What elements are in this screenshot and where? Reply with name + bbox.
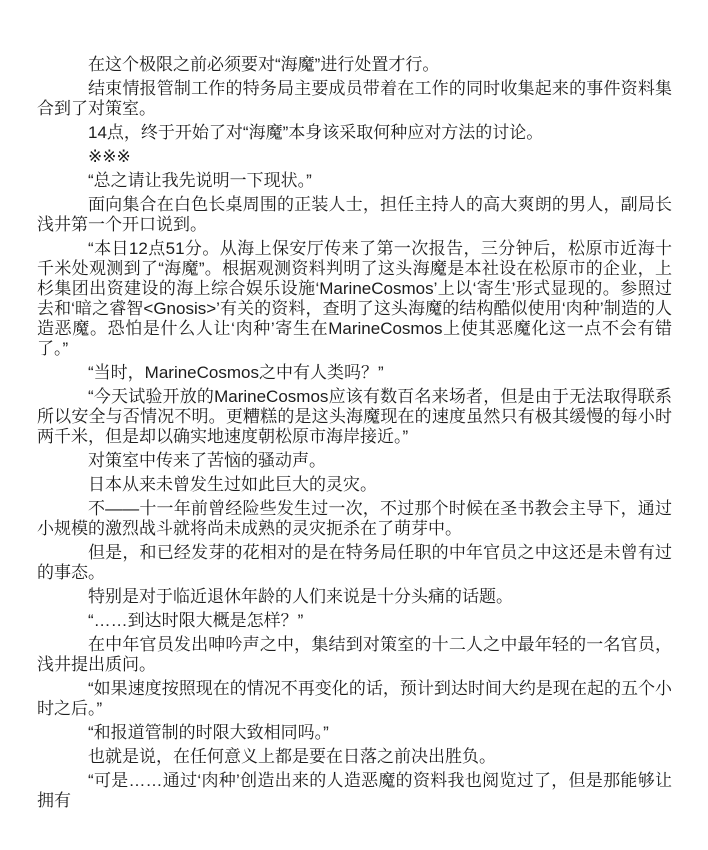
- paragraph: 也就是说，在任何意义上都是要在日落之前决出胜负。: [37, 747, 672, 767]
- paragraph: 但是，和已经发芽的花相对的是在特务局任职的中年官员之中这还是未曾有过的事态。: [37, 543, 672, 583]
- paragraph: 面向集合在白色长桌周围的正装人士，担任主持人的高大爽朗的男人，副局长浅井第一个开…: [37, 195, 672, 235]
- paragraph: 日本从来未曾发生过如此巨大的灵灾。: [37, 475, 672, 495]
- paragraph: “和报道管制的时限大致相同吗。”: [37, 723, 672, 743]
- paragraph: “今天试验开放的MarineCosmos应该有数百名来场者，但是由于无法取得联系…: [37, 387, 672, 447]
- paragraph: 特别是对于临近退休年龄的人们来说是十分头痛的话题。: [37, 587, 672, 607]
- document-page: 在这个极限之前必须要对“海魔”进行处置才行。结束情报管制工作的特务局主要成员带着…: [0, 0, 708, 850]
- paragraph: “……到达时限大概是怎样？”: [37, 611, 672, 631]
- text-body: 在这个极限之前必须要对“海魔”进行处置才行。结束情报管制工作的特务局主要成员带着…: [37, 55, 672, 811]
- paragraph: “总之请让我先说明一下现状。”: [37, 171, 672, 191]
- paragraph: 在中年官员发出呻吟声之中，集结到对策室的十二人之中最年轻的一名官员，浅井提出质问…: [37, 635, 672, 675]
- paragraph: 对策室中传来了苦恼的骚动声。: [37, 451, 672, 471]
- paragraph: “可是……通过‘肉种’创造出来的人造恶魔的资料我也阅览过了，但是那能够让拥有: [37, 771, 672, 811]
- paragraph: 在这个极限之前必须要对“海魔”进行处置才行。: [37, 55, 672, 75]
- paragraph: “如果速度按照现在的情况不再变化的话，预计到达时间大约是现在起的五个小时之后。”: [37, 679, 672, 719]
- page: { "document": { "background_color": "#ff…: [0, 0, 708, 850]
- paragraph: “本日12点51分。从海上保安厅传来了第一次报告，三分钟后，松原市近海十千米处观…: [37, 239, 672, 359]
- section-separator: ※※※: [37, 147, 672, 167]
- paragraph: 结束情报管制工作的特务局主要成员带着在工作的同时收集起来的事件资料集合到了对策室…: [37, 79, 672, 119]
- paragraph: 不——十一年前曾经险些发生过一次，不过那个时候在圣书教会主导下，通过小规模的激烈…: [37, 499, 672, 539]
- paragraph: “当时，MarineCosmos之中有人类吗？”: [37, 363, 672, 383]
- paragraph: 14点，终于开始了对“海魔”本身该采取何种应对方法的讨论。: [37, 123, 672, 143]
